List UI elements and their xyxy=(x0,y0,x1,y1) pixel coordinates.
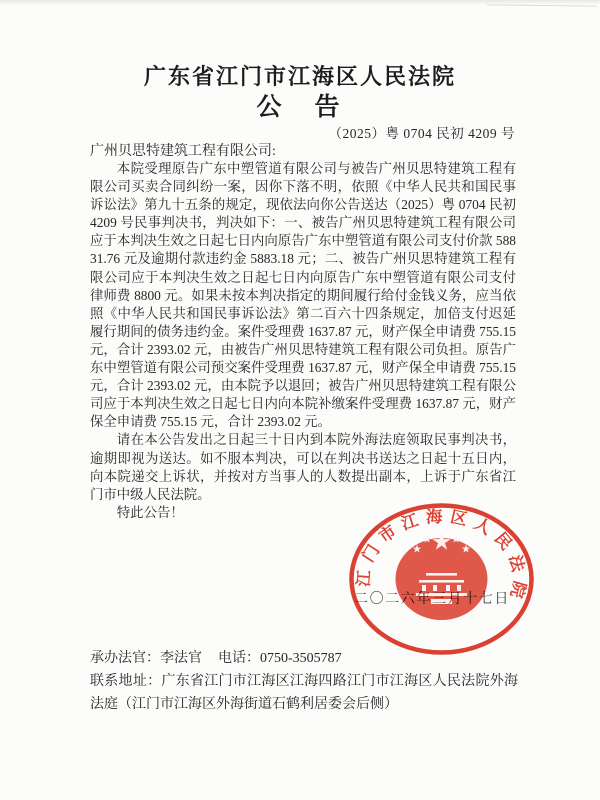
scan-artifact-line xyxy=(487,4,597,6)
judge-contact-line: 承办法官：李法官电话：0750-3505787 xyxy=(90,647,518,670)
addressee-line: 广州贝思特建筑工程有限公司: xyxy=(90,140,276,160)
body-paragraph-judgment: 本院受理原告广东中塑管道有限公司与被告广州贝思特建筑工程有限公司买卖合同纠纷一案… xyxy=(90,160,516,431)
judge-name: 李法官 xyxy=(160,651,202,666)
court-announcement-page: 广东省江门市江海区人民法院 公 告 （2025）粤 0704 民初 4209 号… xyxy=(0,0,600,800)
phone-number: 0750-3505787 xyxy=(260,651,342,666)
body-paragraph-notice: 请在本公告发出之日起三十日内到本院外海法庭领取民事判决书，逾期即视为送达。如不服… xyxy=(90,431,516,503)
footer-contact-block: 承办法官：李法官电话：0750-3505787 联系地址：广东省江门市江海区江海… xyxy=(90,647,518,716)
contact-address-line: 联系地址：广东省江门市江海区江海四路江门市江海区人民法院外海法庭（江门市江海区外… xyxy=(90,670,518,716)
announcement-body: 本院受理原告广东中塑管道有限公司与被告广州贝思特建筑工程有限公司买卖合同纠纷一案… xyxy=(90,160,516,522)
address-label: 联系地址： xyxy=(90,674,161,689)
phone-label: 电话： xyxy=(218,651,260,666)
national-emblem-icon xyxy=(396,533,488,621)
judge-label: 承办法官： xyxy=(90,651,160,666)
case-number: （2025）粤 0704 民初 4209 号 xyxy=(329,122,516,142)
court-seal-stamp: 江门市江海区人民法院 xyxy=(347,501,537,659)
document-title: 公 告 xyxy=(0,87,600,123)
